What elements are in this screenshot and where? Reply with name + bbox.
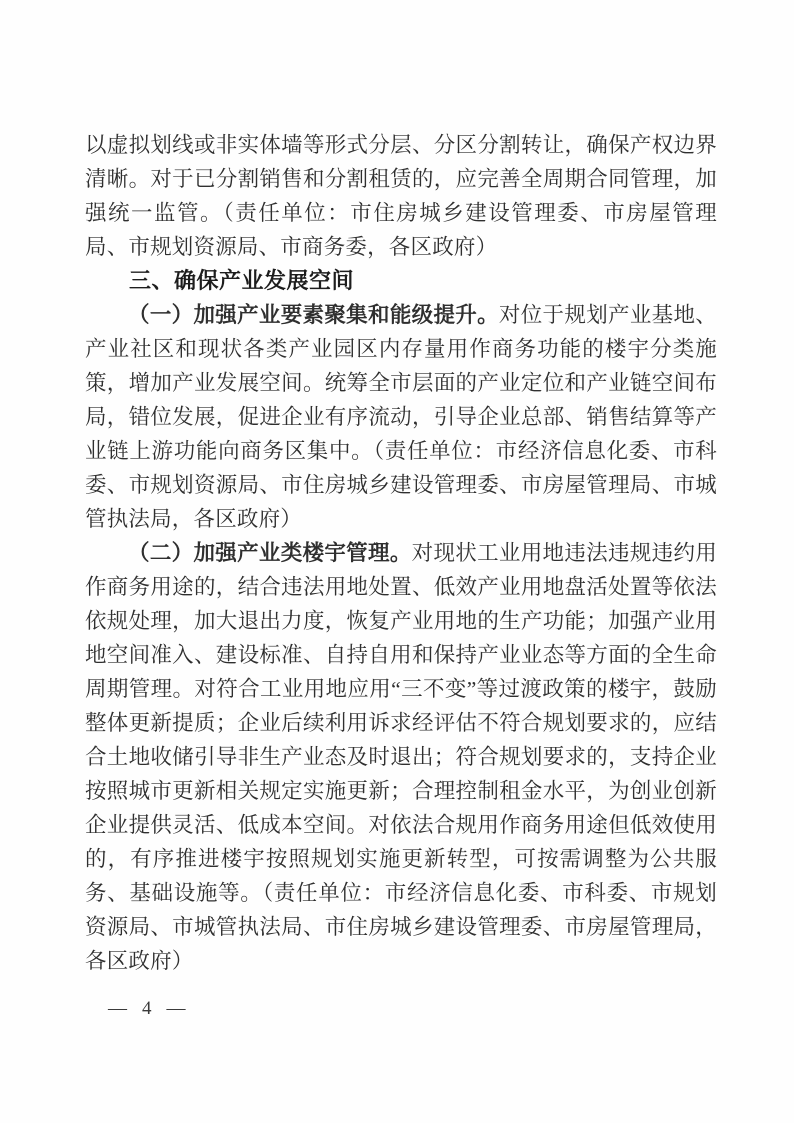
paragraph-item-1: （一）加强产业要素聚集和能级提升。对位于规划产业基地、产业社区和现状各类产业园区… (85, 298, 717, 536)
paragraph-continuation: 以虚拟划线或非实体墙等形式分层、分区分割转让，确保产权边界清晰。对于已分割销售和… (85, 128, 717, 264)
document-page: 以虚拟划线或非实体墙等形式分层、分区分割转让，确保产权边界清晰。对于已分割销售和… (0, 0, 794, 1123)
section-heading: 三、确保产业发展空间 (85, 264, 717, 298)
page-footer: — 4 — (108, 996, 186, 1022)
page-number: 4 (142, 996, 152, 1022)
paragraph-item-2: （二）加强产业类楼宇管理。对现状工业用地违法违规违约用作商务用途的，结合违法用地… (85, 536, 717, 978)
paragraph-item-1-lead: （一）加强产业要素聚集和能级提升。 (128, 303, 499, 327)
paragraph-item-1-body: 对位于规划产业基地、产业社区和现状各类产业园区内存量用作商务功能的楼宇分类施策，… (85, 303, 717, 531)
document-content: 以虚拟划线或非实体墙等形式分层、分区分割转让，确保产权边界清晰。对于已分割销售和… (85, 128, 717, 978)
footer-right-dash: — (167, 996, 186, 1022)
paragraph-item-2-body: 对现状工业用地违法违规违约用作商务用途的，结合违法用地处置、低效产业用地盘活处置… (85, 541, 717, 973)
paragraph-item-2-lead: （二）加强产业类楼宇管理。 (128, 541, 412, 565)
footer-left-dash: — (108, 996, 127, 1022)
